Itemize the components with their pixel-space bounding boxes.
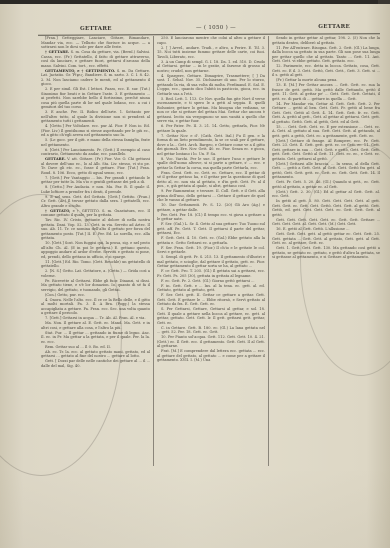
dictionary-entry: S. Per Gettarsi, Gettare, Gettarsi al ge… (157, 307, 265, 325)
entry-text: F. ce Gett. Pro. T. 205. (Gl.) Il gettat… (157, 269, 265, 278)
dictionary-entry: F. Ser. (Gal.) L. Sr. 4. Getto al sua ge… (157, 222, 265, 236)
entry-text: 13. E. [M.] Per Gettar ancora ... Gett. … (272, 83, 380, 101)
dictionary-entry: 16. E. gettò al Gett. Gettò. L'allusione… (272, 227, 380, 232)
entry-text: 4. Onora. Nelle l'alto. ecc. Il ce ce la… (41, 298, 150, 316)
entry-text: 2. [N. S.] Getto. Lat. Gettatore, a. (Ge… (41, 269, 150, 278)
dictionary-entry: [Gett.] Gettare di frange. Al Rompere, e… (272, 139, 380, 162)
entry-text: 3. A un Camp di sempl. G. I. 18. Da. 1. … (157, 60, 265, 73)
entry-text: 2. E per simil. Gli Est. I lettori. Pazz… (41, 87, 150, 109)
text-columns: [Fran.] Getteggiare, Lanciare, Gittare, … (38, 36, 384, 466)
bottom-margin (0, 468, 390, 548)
dictionary-entry: 11. [Gett.] Ed. Rio. Tomo. (Gett. Reuchl… (41, 260, 150, 269)
dictionary-entry: 8. Voc. Varchi. Per le sue. Il gettare l… (157, 157, 265, 171)
entry-text: 5. Sempl. di gett. Fr. S. 215. 13. Il ge… (157, 255, 265, 268)
entry-text: Sendo in gettar gettar al gettar, 198. 2… (272, 36, 380, 45)
dictionary-entry: Ma. Non. Il gettare al. E. Gett. ec. Man… (41, 321, 150, 330)
dictionary-page: GETTARE — ( 1050 ) — GETTARE [Fran.] Get… (0, 4, 390, 548)
dictionary-entry: (Fr.) Gettar la morte alcuna pena. (272, 78, 380, 83)
dictionary-entry: [Gett.] Gettarsi alle braccia, ... In se… (272, 162, 380, 180)
entry-text: (Con.) Getto, pur. ecc. (45, 293, 85, 297)
dictionary-entry: GETTAMENTO, e † GETTIMENTO. S. m. Da Get… (41, 69, 150, 87)
dictionary-entry: 6. [Gett.] Per Lanciamento. Pr. (Gett.) … (41, 148, 150, 157)
dictionary-entry: Gett. Gett. Gett. gett. al gettò gettar … (272, 232, 380, 246)
dictionary-entry: F. Gett. Gett. 4. 10. Gett. ec. (Gal.) E… (157, 236, 265, 245)
entry-text: 6. Per Pater. Pe. II. 3. 21. 14. Getto, … (157, 124, 265, 133)
dictionary-entry: F. Ser. Fran. Gett. 19. (Fior.) Il ch'io… (157, 246, 265, 255)
dictionary-entry: Gett. Pr. Gett. 5. 20. 46. (Gl.) Quando … (272, 180, 380, 189)
dictionary-entry: 250. E lanciarono mentre che colui al al… (157, 36, 265, 45)
entry-text: Gett. [ Dozzi par delle nelle cantiche d… (41, 359, 150, 368)
entry-text: F. Ser. (Gal.) L. Sr. 4. Getto al sua ge… (157, 222, 265, 235)
entry-text: Frat. [M.] E comprendere dal lettera ecc… (157, 349, 265, 362)
dictionary-entry: C. in Gettare. Gett. B. 180. ec. (Gl.) L… (157, 326, 265, 335)
running-head: GETTARE — ( 1050 ) — GETTARE (36, 22, 382, 34)
entry-text: Gett. 1. Gett. Gett. Gett. 130. Ma getta… (272, 246, 380, 259)
column-left: [Fran.] Getteggiare, Lanciare, Gittare, … (38, 36, 153, 466)
dictionary-entry: Tav. Ric. IV. Cristo, gettante al dolore… (41, 218, 150, 241)
entry-text: [Gett.] Gettare di frange. Al Rompere, e… (272, 139, 380, 161)
dictionary-entry: 11. Per All'entrare. Bisogna. Gett. 2. G… (272, 46, 380, 64)
dictionary-entry: 4. [Getto.] Per Voltolare. ecc. pur Al. … (41, 124, 150, 138)
dictionary-entry: (Con.) Getto, pur. ecc. (41, 293, 150, 298)
entry-text: (Fr.) Gettar la morte alcuna pena. (276, 78, 337, 82)
dictionary-entry: Pe. Ricevette al Gettarsi. Ebbe gli fuor… (41, 279, 150, 293)
dictionary-entry: 7. [Gett.] Per Vantaggio ... bis. Per gr… (41, 176, 150, 185)
page-number: — ( 1050 ) — (196, 25, 236, 31)
entry-text: 3. E anche. Per. II. Ridico dell'arte. 1… (41, 110, 150, 123)
dictionary-entry: 6. Per Pater. Pe. II. 3. 21. 14. Getto, … (157, 124, 265, 133)
entry-text: Tav. Ric. IV. Cristo, gettante al dolore… (41, 218, 150, 240)
entry-text: 11. [Gett.] Ed. Rio. Tomo. (Gett. Reuchl… (41, 260, 150, 269)
dictionary-entry: 2. [ ] Avvel., andare. Tradi., e altro, … (157, 46, 265, 60)
dictionary-entry: F. in. Gett. Gett. e ... Ins. al la tena… (157, 284, 265, 293)
dictionary-entry: 14. Per Mandar via, Gettar al. Gett. Get… (272, 102, 380, 125)
column-middle: 250. E lanciarono mentre che colui al al… (153, 36, 268, 466)
entry-headword: † GETTARE. (45, 50, 69, 54)
entry-text: C. in Gettare. Gett. B. 180. ec. (Gl.) L… (157, 326, 265, 335)
dictionary-entry: 5. (Le gocc. per il gitt. e mano della s… (41, 138, 150, 147)
dictionary-entry: F. Ser. Gett. gett. II. Gettar ce gettar… (157, 293, 265, 307)
dictionary-entry: (Gett.) Gett. 2. 30. (Gl.) Ed al gettar … (272, 190, 380, 199)
entry-headword: GETTARE. (45, 157, 66, 161)
entry-text: 7. [Gett.] Per Vantaggio ... bis. Per gr… (41, 176, 150, 185)
entry-text: 6. [Gett.] Per Lanciamento. Pr. (Gett.) … (41, 148, 150, 157)
entry-text: Gett. Gett. Gett. Gett. Gett. ec. Gett. … (272, 218, 380, 227)
running-head-right: GETTARE (318, 24, 350, 30)
dictionary-entry: Fran. Cent. Gett. ec. Gett. ec. Gettare,… (157, 171, 265, 189)
running-head-left: GETTARE (80, 26, 112, 32)
entry-text: F. Ser. Fran. Gett. 19. (Fior.) Il ch'io… (157, 246, 265, 255)
dictionary-entry: Per. Gett. Per. 18. (Cl.) Il tempo ecc. … (157, 213, 265, 222)
entry-text: 16. E. gettò al Gett. Gettò. L'allusione… (276, 227, 350, 231)
entry-text: (Gett.) Gett. 2. 30. (Gl.) Ed al gettar … (272, 190, 380, 199)
entry-text: F. Ser. Gett. gett. II. Gettar ce gettar… (157, 293, 265, 306)
entry-text: 7. Gettar Nov. e d'. (Cath. Gett. Ital.)… (157, 134, 265, 156)
dictionary-entry: 4. Spargere, Gettare. Dimagrire, Trasmet… (157, 74, 265, 97)
dictionary-entry: Ab. ec. Tr. la. ecc. al gettato gettato … (41, 350, 150, 359)
dictionary-entry: GETTARE. V. att. Gittare. (Fr.) Fior. Vo… (41, 157, 150, 175)
dictionary-entry: † GETTATO, e † GETTITO. S. m. Guastatura… (41, 209, 150, 218)
dictionary-entry: 15. ... Gett. Gett. Gett. ec. E per este… (272, 125, 380, 139)
entry-text: 4. [Getto.] Per Voltolare. ecc. pur Al. … (41, 124, 150, 137)
dictionary-entry: In gettò al gett. 5. 80. Gett. Gett. Get… (272, 199, 380, 217)
entry-text: 15. ... Gett. Gett. Gett. ec. E per este… (272, 125, 380, 138)
entry-text: Fran. Cent. Gett. ec. Gett. ec. Gettare,… (157, 171, 265, 189)
dictionary-entry: Frat. [M.] E comprendere dal lettera ecc… (157, 349, 265, 363)
entry-text: Pe. Ricevette al Gettarsi. Ebbe gli fuor… (41, 279, 150, 292)
entry-text: 9. Per Rammentar, e trovare. II. Coll. G… (157, 189, 265, 202)
entry-text: [Gett.] Gettarsi alle braccia, ... In se… (272, 162, 380, 180)
dictionary-entry: Gett. 1. Gett. Gett. Gett. 130. Ma getta… (272, 246, 380, 260)
entry-text: 7. [Gett.] Gettarsi in acqua ... Tr. Ab.… (45, 316, 146, 320)
entry-text: In gettò al gett. 5. 80. Gett. Gett. Get… (272, 199, 380, 217)
dictionary-entry: 10. Per Pianto sol'acqua. Gett. 112. Get… (157, 335, 265, 349)
dictionary-entry: 5. Sempl. di gett. Fr. S. 215. 13. Il ge… (157, 255, 265, 269)
entry-text: 10. Per Pianto sol'acqua. Gett. 112. Get… (157, 335, 265, 348)
entry-text: F. in. Gett. Gett. e ... Ins. al la tena… (157, 284, 265, 293)
dictionary-entry: Rem. Gettar suo al ... Il 0. Bo. ed. II. (41, 345, 150, 350)
entry-text: Ab. ec. Tr. la. ecc. al gettato gettato … (41, 350, 150, 359)
dictionary-entry: 2. E per simil. Gli Est. I lettori. Pazz… (41, 87, 150, 110)
entry-text: Per. Gett. Per. 18. (Cl.) Il tempo ecc. … (157, 213, 265, 222)
dictionary-entry: 10. Dar Gettamenti. Pr. S. 12. (20) Gli … (157, 203, 265, 212)
entry-text: 5. Red. Lett. 1. 113. Ce Nov. quella fun… (157, 97, 265, 124)
entry-text: 8. [Getto.] Per Audacia. e non. Ma. Par.… (41, 185, 150, 194)
dictionary-entry: Gett. [ Dozzi par delle nelle cantiche d… (41, 359, 150, 368)
dictionary-entry: F. ec. Gett. Pr. 2. Gett. (Gl.) Giorno g… (157, 279, 265, 284)
entry-text: 10. [Gett.] Sost. Non fuggisi qui, la pr… (41, 241, 150, 259)
entry-text: [Fran.] Getteggiare, Lanciare, Gittare, … (41, 36, 150, 49)
dictionary-entry: 5. Red. Lett. 1. 113. Ce Nov. quella fun… (157, 97, 265, 124)
dictionary-entry: 7. [Gett.] Gettarsi in acqua ... Tr. Ab.… (41, 316, 150, 321)
entry-text: 12. Parimente, ecc. detta in bocca. Gett… (272, 64, 380, 77)
dictionary-entry: 9. Per Rammentar, e trovare. II. Coll. G… (157, 189, 265, 203)
dictionary-entry: [Fran.] Getteggiare, Lanciare, Gittare, … (41, 36, 150, 50)
dictionary-entry: 8. [Getto.] Per Audacia. e non. Ma. Par.… (41, 185, 150, 194)
entry-text: F. ec. Gett. Pr. 2. Gett. (Gl.) Giorno g… (161, 279, 255, 283)
entry-text: F. Gett. Gett. 4. 10. Gett. ec. (Gal.) E… (157, 236, 265, 245)
dictionary-entry: 12. Parimente, ecc. detta in bocca. Gett… (272, 64, 380, 78)
entry-headword: GETTAMENTO, e † GETTIMENTO. (45, 69, 115, 73)
dictionary-entry: 3. A un Camp di sempl. G. I. 18. Da. 1. … (157, 60, 265, 74)
entry-text: 11. Per All'entrare. Bisogna. Gett. 2. G… (272, 46, 380, 64)
entry-text: 8. Voc. Varchi. Per le sue. Il gettare l… (157, 157, 265, 170)
dictionary-entry: 3. E anche. Per. II. Ridico dell'arte. 1… (41, 110, 150, 124)
entry-text: Gett. Pr. Gett. 5. 20. 46. (Gl.) Quando … (272, 180, 380, 189)
entry-text: 4. Spargere, Gettare. Dimagrire, Trasmet… (157, 74, 265, 96)
entry-text: Stat. Pur. ... Il gettar ... gettando in… (41, 331, 150, 344)
dictionary-entry: 4. Onora. Nelle l'alto. ecc. Il ce ce la… (41, 298, 150, 316)
entry-text: 2. [ ] Avvel., andare. Tradi., e altro, … (157, 46, 265, 59)
entry-text: 5. (Le gocc. per il gitt. e mano della s… (41, 138, 150, 147)
dictionary-entry: 7. Gettar Nov. e d'. (Cath. Gett. Ital.)… (157, 134, 265, 157)
entry-text: 250. E lanciarono mentre che colui al al… (157, 36, 265, 45)
entry-text: 9. E nel sens. Gett. del Gettato. [Gett.… (41, 195, 150, 208)
dictionary-entry: Sendo in gettar gettar al gettar, 198. 2… (272, 36, 380, 45)
dictionary-entry: 2. [N. S.] Getto. Lat. Gettatore, a. (Ge… (41, 269, 150, 278)
entry-text: Rem. Gettar suo al ... Il 0. Bo. ed. II. (45, 345, 111, 349)
column-right: Sendo in gettar gettar al gettar, 198. 2… (268, 36, 383, 466)
dictionary-entry: 10. [Gett.] Sost. Non fuggisi qui, la pr… (41, 241, 150, 259)
entry-text: Ma. Non. Il gettare al. E. Gett. ec. Man… (41, 321, 150, 330)
dictionary-entry: F. ce Gett. Pro. T. 205. (Gl.) Il gettat… (157, 269, 265, 278)
dictionary-entry: † GETTARE. S. m. Cosa da gettare, via. (… (41, 50, 150, 68)
entry-text: Gett. Gett. Gett. gett. al gettò gettar … (272, 232, 380, 245)
dictionary-entry: Stat. Pur. ... Il gettar ... gettando in… (41, 331, 150, 345)
dictionary-entry: 9. E nel sens. Gett. del Gettato. [Gett.… (41, 195, 150, 209)
entry-text: 14. Per Mandar via, Gettar al. Gett. Get… (272, 102, 380, 124)
dictionary-entry: 13. E. [M.] Per Gettar ancora ... Gett. … (272, 83, 380, 101)
entry-headword: † GETTATO, (45, 209, 70, 213)
dictionary-entry: Gett. Gett. Gett. Gett. Gett. ec. Gett. … (272, 218, 380, 227)
entry-text: S. Per Gettarsi, Gettare, Gettarsi al ge… (157, 307, 265, 325)
entry-text: 10. Dar Gettamenti. Pr. S. 12. (20) Gli … (157, 203, 265, 212)
